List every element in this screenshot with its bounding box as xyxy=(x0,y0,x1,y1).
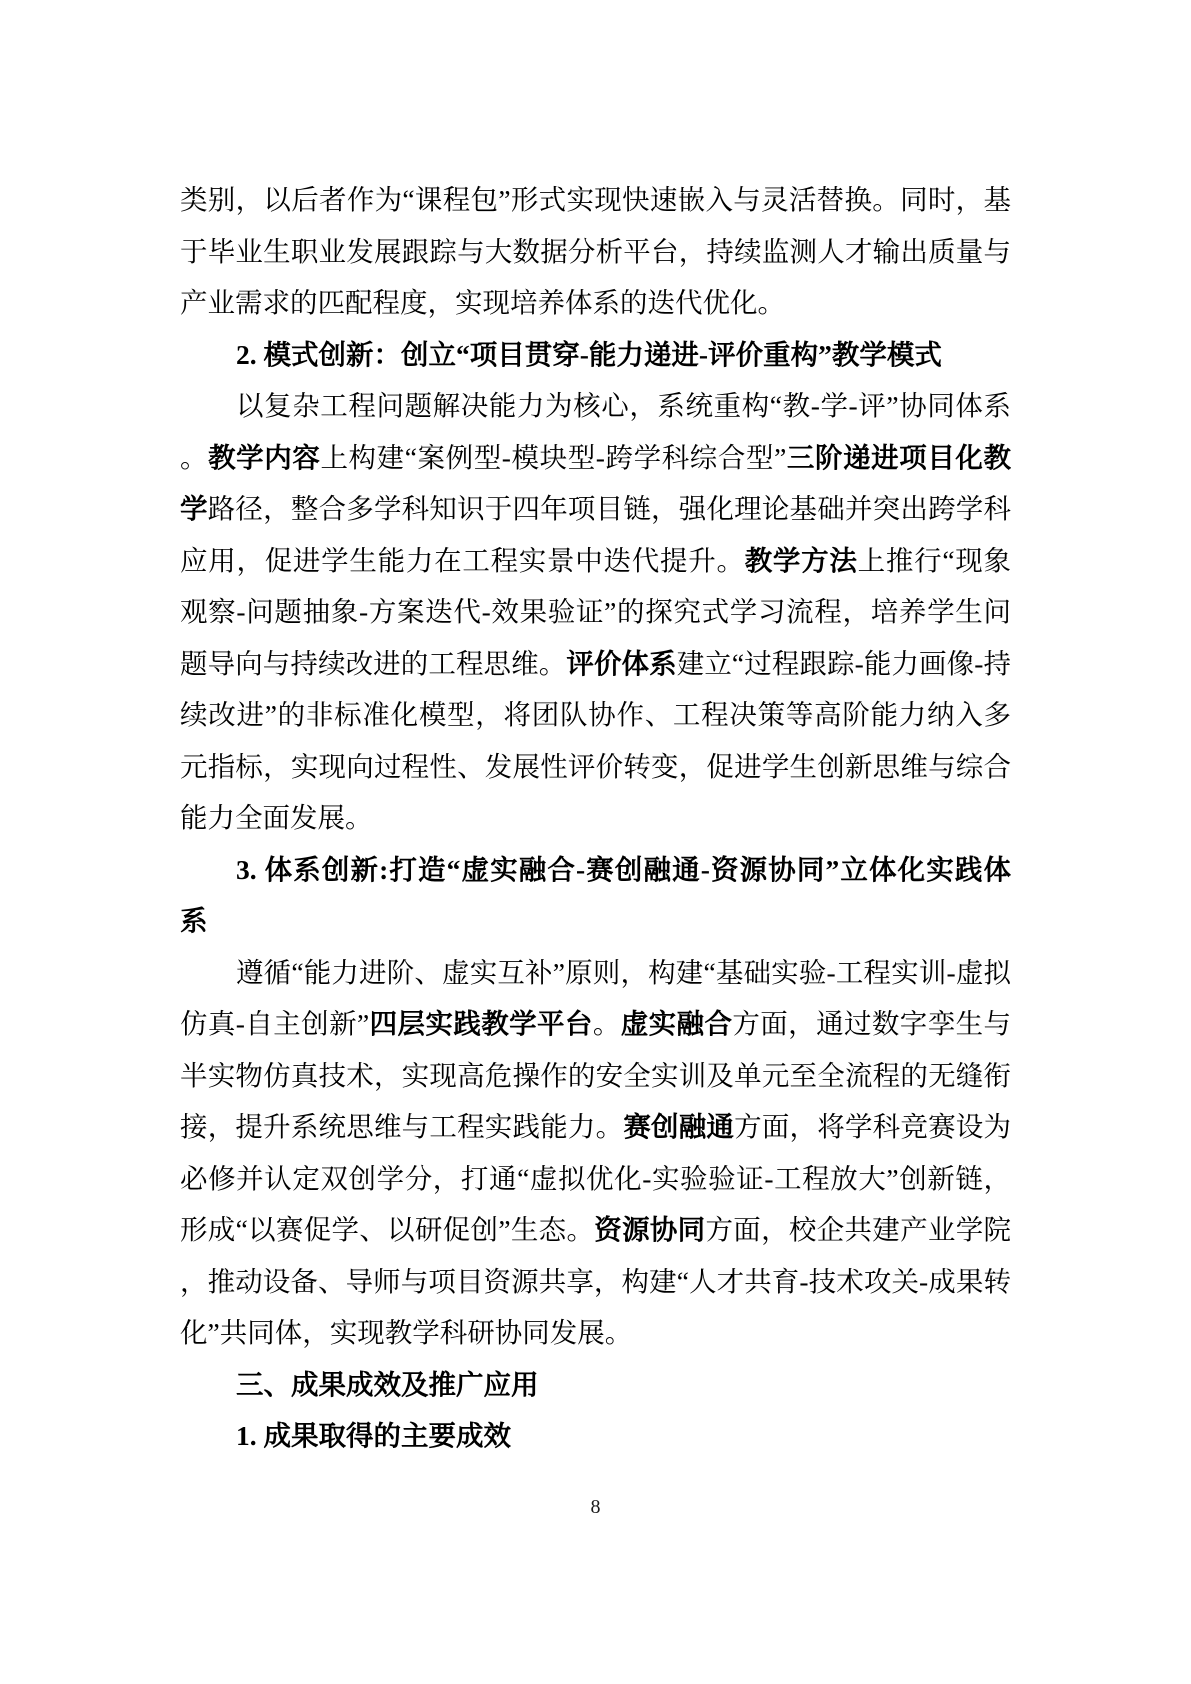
body-line-paragraph-end: 化”共同体，实现教学科研协同发展。 xyxy=(180,1307,1011,1359)
heading-subsection-main-effects: 1. 成果取得的主要成效 xyxy=(180,1410,1011,1462)
body-line: 于毕业生职业发展跟踪与大数据分析平台，持续监测人才输出质量与 xyxy=(180,226,1011,278)
text-run: 方面，通过数字孪生与 xyxy=(732,1008,1011,1039)
body-line: 学路径，整合多学科知识于四年项目链，强化理论基础并突出跨学科 xyxy=(180,483,1011,535)
text-run: 于毕业生职业发展跟踪与大数据分析平台，持续监测人才输出质量与 xyxy=(180,236,1011,267)
body-line-paragraph-end: 产业需求的匹配程度，实现培养体系的迭代优化。 xyxy=(180,277,1011,329)
text-run: ，推动设备、导师与项目资源共享，构建“人才共育-技术攻关-成果转 xyxy=(180,1266,1011,1297)
document-page: 类别，以后者作为“课程包”形式实现快速嵌入与灵活替换。同时，基于毕业生职业发展跟… xyxy=(0,0,1191,1684)
bold-text-run: 赛创融通 xyxy=(623,1111,734,1142)
body-line: 必修并认定双创学分，打通“虚拟优化-实验验证-工程放大”创新链， xyxy=(180,1153,1011,1205)
body-line: 题导向与持续改进的工程思维。评价体系建立“过程跟踪-能力画像-持 xyxy=(180,638,1011,690)
bold-text-run: 1. 成果取得的主要成效 xyxy=(236,1420,511,1451)
text-run: 形成“以赛促学、以研促创”生态。 xyxy=(180,1214,594,1245)
text-run: 应用，促进学生能力在工程实景中迭代提升。 xyxy=(180,545,745,576)
text-run: 观察-问题抽象-方案迭代-效果验证”的探究式学习流程，培养学生问 xyxy=(180,596,1011,627)
document-content: 类别，以后者作为“课程包”形式实现快速嵌入与灵活替换。同时，基于毕业生职业发展跟… xyxy=(180,174,1011,1462)
body-line: ，推动设备、导师与项目资源共享，构建“人才共育-技术攻关-成果转 xyxy=(180,1256,1011,1308)
text-run: 接，提升系统思维与工程实践能力。 xyxy=(180,1111,623,1142)
text-run: 上推行“现象 xyxy=(858,545,1011,576)
body-line: 。教学内容上构建“案例型-模块型-跨学科综合型”三阶递进项目化教 xyxy=(180,432,1011,484)
body-line-paragraph-start: 以复杂工程问题解决能力为核心，系统重构“教-学-评”协同体系 xyxy=(180,380,1011,432)
text-run: 路径，整合多学科知识于四年项目链，强化理论基础并突出跨学科 xyxy=(208,493,1011,524)
body-line: 元指标，实现向过程性、发展性评价转变，促进学生创新思维与综合 xyxy=(180,741,1011,793)
body-line: 形成“以赛促学、以研促创”生态。资源协同方面，校企共建产业学院 xyxy=(180,1204,1011,1256)
heading-section-results: 三、成果成效及推广应用 xyxy=(180,1359,1011,1411)
text-run: 必修并认定双创学分，打通“虚拟优化-实验验证-工程放大”创新链， xyxy=(180,1163,1011,1194)
body-line: 仿真-自主创新”四层实践教学平台。虚实融合方面，通过数字孪生与 xyxy=(180,998,1011,1050)
heading-system-innovation-wrap: 系 xyxy=(180,895,1011,947)
body-line: 应用，促进学生能力在工程实景中迭代提升。教学方法上推行“现象 xyxy=(180,535,1011,587)
text-run: 半实物仿真技术，实现高危操作的安全实训及单元至全流程的无缝衔 xyxy=(180,1060,1011,1091)
text-run: 元指标，实现向过程性、发展性评价转变，促进学生创新思维与综合 xyxy=(180,751,1011,782)
text-run: 题导向与持续改进的工程思维。 xyxy=(180,648,566,679)
text-run: 仿真-自主创新” xyxy=(180,1008,369,1039)
text-run: 产业需求的匹配程度，实现培养体系的迭代优化。 xyxy=(180,287,785,318)
text-run: 上构建“案例型-模块型-跨学科综合型” xyxy=(320,442,786,473)
text-run: 以复杂工程问题解决能力为核心，系统重构“教-学-评”协同体系 xyxy=(236,390,1011,421)
text-run: 。 xyxy=(593,1008,621,1039)
bold-text-run: 教学内容 xyxy=(208,442,320,473)
heading-system-innovation: 3. 体系创新:打造“虚实融合-赛创融通-资源协同”立体化实践体 xyxy=(180,844,1011,896)
text-run: 能力全面发展。 xyxy=(180,802,373,833)
heading-mode-innovation: 2. 模式创新：创立“项目贯穿-能力递进-评价重构”教学模式 xyxy=(180,329,1011,381)
text-run: 方面，校企共建产业学院 xyxy=(705,1214,1011,1245)
bold-text-run: 评价体系 xyxy=(566,648,676,679)
text-run: 方面，将学科竞赛设为 xyxy=(734,1111,1011,1142)
body-line-paragraph-end: 能力全面发展。 xyxy=(180,792,1011,844)
bold-text-run: 资源协同 xyxy=(594,1214,705,1245)
body-line: 接，提升系统思维与工程实践能力。赛创融通方面，将学科竞赛设为 xyxy=(180,1101,1011,1153)
body-line: 半实物仿真技术，实现高危操作的安全实训及单元至全流程的无缝衔 xyxy=(180,1050,1011,1102)
text-run: 类别，以后者作为“课程包”形式实现快速嵌入与灵活替换。同时，基 xyxy=(180,184,1011,215)
body-line: 续改进”的非标准化模型，将团队协作、工程决策等高阶能力纳入多 xyxy=(180,689,1011,741)
bold-text-run: 3. 体系创新:打造“虚实融合-赛创融通-资源协同”立体化实践体 xyxy=(236,854,1011,885)
text-run: 化”共同体，实现教学科研协同发展。 xyxy=(180,1317,632,1348)
bold-text-run: 教学方法 xyxy=(745,545,858,576)
bold-text-run: 虚实融合 xyxy=(621,1008,733,1039)
bold-text-run: 三阶递进项目化教 xyxy=(786,442,1011,473)
bold-text-run: 三、成果成效及推广应用 xyxy=(236,1369,539,1400)
bold-text-run: 四层实践教学平台 xyxy=(369,1008,593,1039)
text-run: 遵循“能力进阶、虚实互补”原则，构建“基础实验-工程实训-虚拟 xyxy=(236,957,1011,988)
body-line-paragraph-start: 遵循“能力进阶、虚实互补”原则，构建“基础实验-工程实训-虚拟 xyxy=(180,947,1011,999)
text-run: 。 xyxy=(180,442,208,473)
page-number: 8 xyxy=(0,1492,1191,1522)
body-line: 观察-问题抽象-方案迭代-效果验证”的探究式学习流程，培养学生问 xyxy=(180,586,1011,638)
bold-text-run: 系 xyxy=(180,905,208,936)
bold-text-run: 2. 模式创新：创立“项目贯穿-能力递进-评价重构”教学模式 xyxy=(236,339,942,370)
text-run: 续改进”的非标准化模型，将团队协作、工程决策等高阶能力纳入多 xyxy=(180,699,1011,730)
body-line-continuation: 类别，以后者作为“课程包”形式实现快速嵌入与灵活替换。同时，基 xyxy=(180,174,1011,226)
bold-text-run: 学 xyxy=(180,493,208,524)
text-run: 建立“过程跟踪-能力画像-持 xyxy=(677,648,1011,679)
